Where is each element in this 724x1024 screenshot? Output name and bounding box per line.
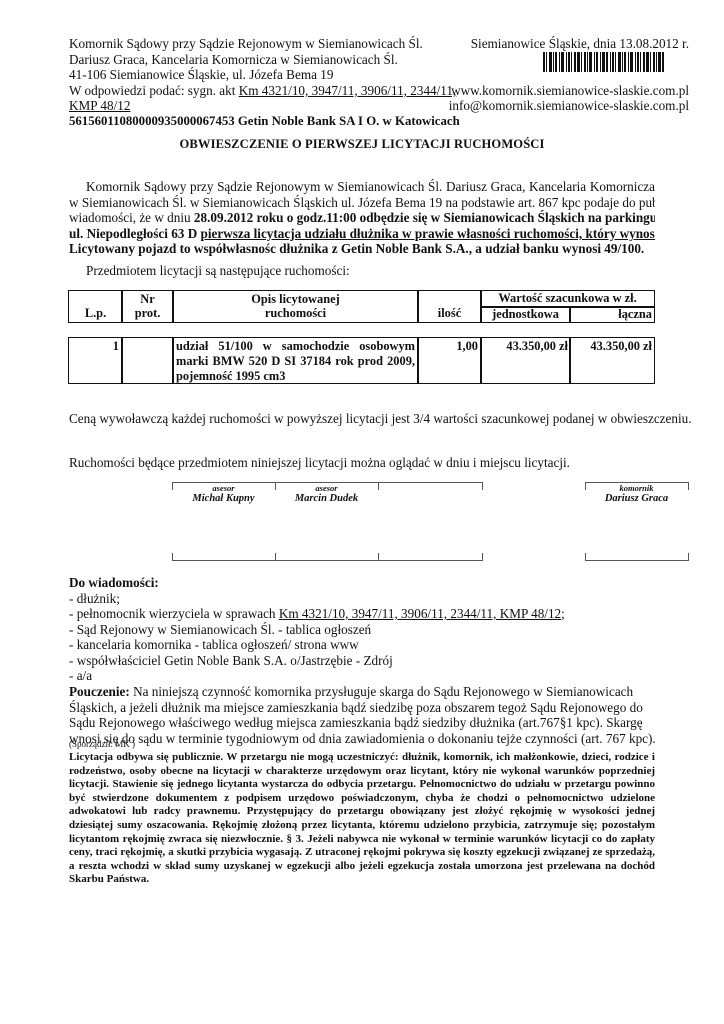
instruction-label: Pouczenie:	[69, 684, 130, 699]
signature-box-empty	[378, 482, 482, 483]
items-intro: Przedmiotem licytacji są następujące ruc…	[86, 263, 350, 279]
distribution-item: - a/a	[69, 668, 565, 684]
auction-address: ul. Niepodległości 63 D	[69, 226, 201, 241]
row-total-value: 43.350,00 zł	[569, 337, 655, 384]
reference-line: W odpowiedzi podać: sygn. akt Km 4321/10…	[69, 83, 456, 99]
distribution-heading: Do wiadomości:	[69, 575, 565, 591]
signature-tick	[172, 482, 173, 490]
signature-tick	[585, 482, 586, 490]
intro-line-2: w Siemianowicach Śl. w Siemianowicach Śl…	[69, 195, 655, 211]
signature-tick	[482, 553, 483, 561]
distribution-item-creditor: - pełnomocnik wierzyciela w sprawach Km …	[69, 606, 565, 622]
distribution-item: - Sąd Rejonowy w Siemianowicach Śl. - ta…	[69, 622, 565, 638]
header-description: Opis licytowanej ruchomości	[172, 290, 419, 323]
notice-title: OBWIESZCZENIE O PIERWSZEJ LICYTACJI RUCH…	[0, 137, 724, 152]
bailiff-office-line: Komornik Sądowy przy Sądzie Rejonowym w …	[69, 36, 423, 52]
reference-prefix: W odpowiedzi podać: sygn. akt	[69, 83, 239, 98]
bailiff-name-line: Dariusz Graca, Kancelaria Komornicza w S…	[69, 52, 398, 68]
signature-box-assessor-1: asesor Michał Kupny	[172, 482, 275, 505]
header-unit-value: jednostkowa	[480, 306, 571, 323]
intro-line-3: wiadomości, że w dniu 28.09.2012 roku o …	[69, 210, 655, 226]
signature-box-bailiff: komornik Dariusz Graca	[585, 482, 688, 505]
header-total-value: łączna	[569, 306, 655, 323]
distribution-item: - dłużnik;	[69, 591, 565, 607]
distribution-list: Do wiadomości: - dłużnik; - pełnomocnik …	[69, 575, 565, 684]
signature-baseline	[172, 560, 482, 561]
prepared-by: (Sporządził: MK )	[69, 739, 135, 749]
intro-line-1: Komornik Sądowy przy Sądzie Rejonowym w …	[69, 179, 655, 195]
signature-tick	[378, 553, 379, 561]
intro-paragraph: Komornik Sądowy przy Sądzie Rejonowym w …	[69, 179, 655, 257]
place-date: Siemianowice Śląskie, dnia 13.08.2012 r.	[471, 36, 689, 52]
inspection-note: Ruchomości będące przedmiotem niniejszej…	[69, 455, 570, 471]
signature-tick	[585, 553, 586, 561]
intro-line-4: ul. Niepodległości 63 D pierwsza licytac…	[69, 226, 655, 242]
distribution-item: - współwłaściciel Getin Noble Bank S.A. …	[69, 653, 565, 669]
signature-baseline	[585, 560, 689, 561]
signature-tick	[275, 482, 276, 490]
row-unit-value: 43.350,00 zł	[480, 337, 571, 384]
website-link[interactable]: www.komornik.siemianowice-slaskie.com.pl	[451, 83, 689, 99]
signature-tick	[378, 482, 379, 490]
intro-line-3-text: wiadomości, że w dniu	[69, 210, 194, 225]
instruction-text: Na niniejszą czynność komornika przysług…	[69, 684, 656, 746]
bank-account: 56156011080000935000067453 Getin Noble B…	[69, 114, 460, 130]
row-quantity: 1,00	[417, 337, 482, 384]
instruction-paragraph: Pouczenie: Na niniejszą czynność komorni…	[69, 684, 659, 746]
row-lp: 1	[68, 337, 123, 384]
creditor-cases: Km 4321/10, 3947/11, 3906/11, 2344/11, K…	[279, 606, 561, 621]
signature-box-assessor-2: asesor Marcin Dudek	[275, 482, 378, 505]
reference-cases-continued: KMP 48/12	[69, 98, 130, 114]
starting-price-note: Ceną wywoławczą każdej ruchomości w powy…	[69, 411, 692, 427]
row-description: udział 51/100 w samochodzie osobowym mar…	[172, 337, 419, 384]
barcode-icon	[543, 52, 688, 72]
bailiff-address-line: 41-106 Siemianowice Śląskie, ul. Józefa …	[69, 67, 333, 83]
header-nr-prot: Nr prot.	[121, 290, 174, 323]
auction-date-location: 28.09.2012 roku o godz.11:00 odbędzie si…	[194, 210, 655, 225]
header-quantity: ilość	[417, 290, 482, 323]
signature-tick	[688, 553, 689, 561]
auction-rules: Licytacja odbywa się publicznie. W przet…	[69, 751, 655, 887]
signature-tick	[482, 482, 483, 490]
signature-tick	[172, 553, 173, 561]
header-lp: L.p.	[68, 290, 123, 323]
signature-tick	[275, 553, 276, 561]
signature-tick	[688, 482, 689, 490]
co-ownership-note: Licytowany pojazd to współwłasnośc dłużn…	[69, 241, 655, 257]
auction-subject: pierwsza licytacja udziału dłużnika w pr…	[201, 226, 655, 241]
reference-cases: Km 4321/10, 3947/11, 3906/11, 2344/11,	[239, 83, 457, 98]
distribution-item: - kancelaria komornika - tablica ogłosze…	[69, 637, 565, 653]
email-link[interactable]: info@komornik.siemianowice-slaskie.com.p…	[449, 98, 689, 114]
row-nr-prot	[121, 337, 174, 384]
